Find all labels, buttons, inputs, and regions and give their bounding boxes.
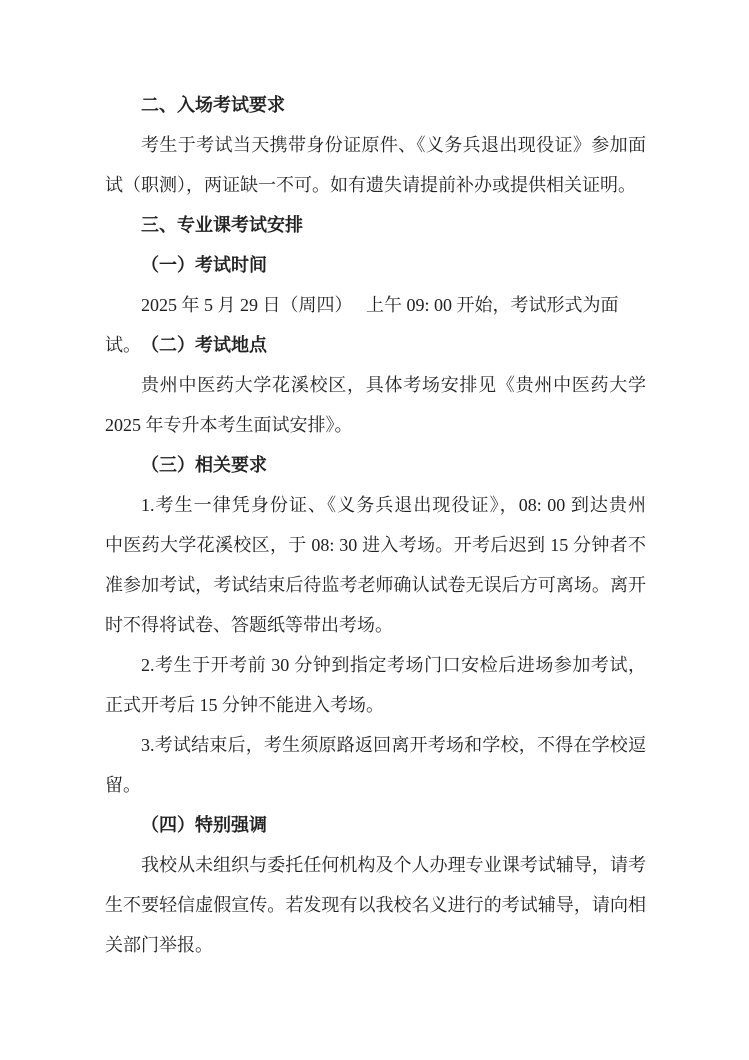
text-line: 准参加考试，考试结束后待监考老师确认试卷无误后方可离场。离开 bbox=[105, 565, 646, 605]
section-heading: （三）相关要求 bbox=[105, 445, 646, 485]
document-body: 二、入场考试要求考生于考试当天携带身份证原件、《义务兵退出现役证》参加面试（职测… bbox=[105, 85, 646, 965]
text-line: 2025 年 5 月 29 日（周四） 上午 09: 00 开始，考试形式为面试… bbox=[105, 285, 646, 325]
text-line: 贵州中医药大学花溪校区，具体考场安排见《贵州中医药大学 bbox=[105, 365, 646, 405]
text-line: 试（职测），两证缺一不可。如有遗失请提前补办或提供相关证明。 bbox=[105, 165, 646, 205]
section-heading: （四）特别强调 bbox=[105, 805, 646, 845]
section-heading: （二）考试地点 bbox=[105, 325, 646, 365]
document-page: 二、入场考试要求考生于考试当天携带身份证原件、《义务兵退出现役证》参加面试（职测… bbox=[0, 0, 749, 1060]
text-line: 中医药大学花溪校区，于 08: 30 进入考场。开考后迟到 15 分钟者不 bbox=[105, 525, 646, 565]
text-line: 考生于考试当天携带身份证原件、《义务兵退出现役证》参加面 bbox=[105, 125, 646, 165]
text-line: 1.考生一律凭身份证、《义务兵退出现役证》，08: 00 到达贵州 bbox=[105, 485, 646, 525]
text-line: 我校从未组织与委托任何机构及个人办理专业课考试辅导，请考 bbox=[105, 845, 646, 885]
text-line: 2025 年专升本考生面试安排》。 bbox=[105, 405, 646, 445]
text-line: 关部门举报。 bbox=[105, 925, 646, 965]
text-line: 2.考生于开考前 30 分钟到指定考场门口安检后进场参加考试， bbox=[105, 645, 646, 685]
text-line: 生不要轻信虚假宣传。若发现有以我校名义进行的考试辅导，请向相 bbox=[105, 885, 646, 925]
text-line: 时不得将试卷、答题纸等带出考场。 bbox=[105, 605, 646, 645]
section-heading: 二、入场考试要求 bbox=[105, 85, 646, 125]
text-line: 留。 bbox=[105, 765, 646, 805]
section-heading: （一）考试时间 bbox=[105, 245, 646, 285]
text-line: 正式开考后 15 分钟不能进入考场。 bbox=[105, 685, 646, 725]
text-line: 3.考试结束后，考生须原路返回离开考场和学校，不得在学校逗 bbox=[105, 725, 646, 765]
section-heading: 三、专业课考试安排 bbox=[105, 205, 646, 245]
